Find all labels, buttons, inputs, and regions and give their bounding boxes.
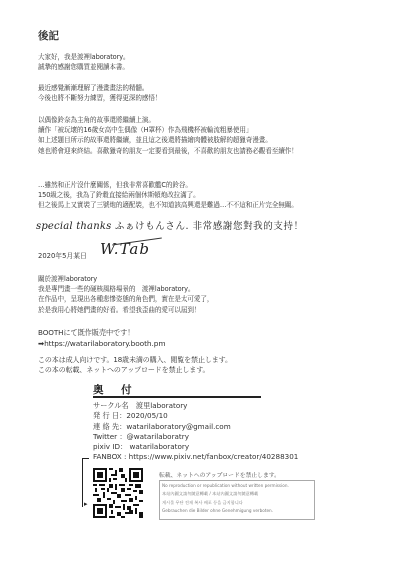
special-thanks: special thanks ふぁけもんさん. 非常感謝您對我的支持！ xyxy=(36,218,304,232)
text-line: 最近感覺漸漸理解了漫畫畫法的精髓。 xyxy=(38,83,161,93)
text-line: 大家好，我是渡裡laboratory。 xyxy=(38,52,130,62)
contact-email[interactable]: 連 絡 先：watarilaboratory@gmail.com xyxy=(93,422,298,432)
sequel-paragraph: 以偶像鈴奈為主角的故事還將繼續上演。 續作「被玩壞的16歲女高中生偶像（H罩杯）… xyxy=(38,115,298,156)
afterword-title: 後記 xyxy=(38,28,59,43)
text-line: 在作品中，呈現出各種悲慘姿態的角色們，實在是太可愛了， xyxy=(38,294,213,304)
notice-line-en: No reproduction or republication without… xyxy=(162,482,312,490)
text-line: 我是專門畫一些的硬核風格場景的 渡裡laboratory。 xyxy=(38,284,213,294)
special-thanks-label: special thanks xyxy=(36,221,111,232)
about-paragraph: 關於渡裡laboratory 我是專門畫一些的硬核風格場景的 渡裡laborat… xyxy=(38,274,213,315)
date-text: 2020年5月某日 xyxy=(38,250,87,260)
colophon-rule xyxy=(93,396,261,398)
booth-paragraph: BOOTHにて既作販売中です！ ➡https://watarilaborator… xyxy=(38,328,165,349)
colophon-title: 奥 付 xyxy=(93,382,139,397)
text-line: 150級之後，我為了鈴穀直接給兩個休斯頓炮改拉滿了。 xyxy=(38,190,298,200)
text-line: …雖然和正片沒什麼關係，但我非常喜歡艦C的鈴谷。 xyxy=(38,180,298,190)
text-line: 如上述題目所示的故事還將繼續，並且這之後還將描繪肉體被肢解的超獵奇漫畫。 xyxy=(38,135,298,145)
text-line: 今後也將不斷努力練習，獲得更深的感悟！ xyxy=(38,93,161,103)
progress-paragraph: 最近感覺漸漸理解了漫畫畫法的精髓。 今後也將不斷努力練習，獲得更深的感悟！ xyxy=(38,83,161,103)
warnings-paragraph: この本は成人向けです。18歳未満の購入、閲覧を禁止します。 この本の転載、ネット… xyxy=(38,355,232,376)
reprint-notice: 転載、ネットへのアップロードを禁止します。 xyxy=(159,470,280,479)
fanbox-link[interactable]: FANBOX : https://www.pixiv.net/fanbox/cr… xyxy=(93,452,298,462)
notice-line-zh: 本站內圖文請勿隨意轉載 / 本站內圖文請勿隨意轉載 xyxy=(162,490,312,498)
notice-line-de: Gebrauchen die Bilder ohne Genehmigung v… xyxy=(162,507,312,515)
publish-date: 発 行 日：2020/05/10 xyxy=(93,411,298,421)
text-line: 但之後馬上又實裝了三號炮的適配裝，也不知道該高興還是難過…不不這和正片完全無關。 xyxy=(38,200,298,210)
multilingual-notice-box: No reproduction or republication without… xyxy=(159,480,315,520)
text-line: 誠摯的感謝您購買並閱讀本書。 xyxy=(38,62,130,72)
circle-name: サークル名 渡里laboratory xyxy=(93,401,298,411)
text-line: 關於渡裡laboratory xyxy=(38,274,213,284)
text-line: 續作「被玩壞的16歲女高中生偶像（H罩杯）作為飛機杯被輪流粗暴使用」 xyxy=(38,125,298,135)
notice-line-ko: 게시물 무단 전재 복사 배포 등을 금지합니다 xyxy=(162,499,312,507)
text-line: 她也將會迎來終結。喜歡獵奇的朋友一定要看到最後，不喜歡的朋友也請務必觀看至續作！ xyxy=(38,146,298,156)
aside-paragraph: …雖然和正片沒什麼關係，但我非常喜歡艦C的鈴谷。 150級之後，我為了鈴穀直接給… xyxy=(38,180,298,211)
greeting-paragraph: 大家好，我是渡裡laboratory。 誠摯的感謝您購買並閱讀本書。 xyxy=(38,52,130,72)
warning-line: この本は成人向けです。18歳未満の購入、閲覧を禁止します。 xyxy=(38,355,232,365)
pixiv-id[interactable]: pixiv ID： watarilaboratory xyxy=(93,442,298,452)
text-line: 以偶像鈴奈為主角的故事還將繼續上演。 xyxy=(38,115,298,125)
colophon-credits: サークル名 渡里laboratory 発 行 日：2020/05/10 連 絡 … xyxy=(93,401,298,463)
special-thanks-name: ふぁけもんさん. xyxy=(115,221,189,232)
special-thanks-message: 非常感謝您對我的支持！ xyxy=(193,221,304,232)
arrow-right-icon: ▸ xyxy=(84,500,88,508)
booth-line: BOOTHにて既作販売中です！ xyxy=(38,328,165,339)
afterword-page: 後記 大家好，我是渡裡laboratory。 誠摯的感謝您購買並閱讀本書。 最近… xyxy=(0,0,400,565)
booth-url[interactable]: https://watarilaboratory.booth.pm xyxy=(44,339,165,348)
warning-line: この本の転載、ネットへのアップロードを禁止します。 xyxy=(38,365,232,375)
twitter-handle[interactable]: Twitter ：@watarilaboratry xyxy=(93,432,298,442)
booth-link[interactable]: ➡https://watarilaboratory.booth.pm xyxy=(38,339,165,350)
qr-code[interactable] xyxy=(93,468,143,518)
text-line: 於是我用心將她們畫的好看。希望我歪曲的愛可以屆到！ xyxy=(38,305,213,315)
